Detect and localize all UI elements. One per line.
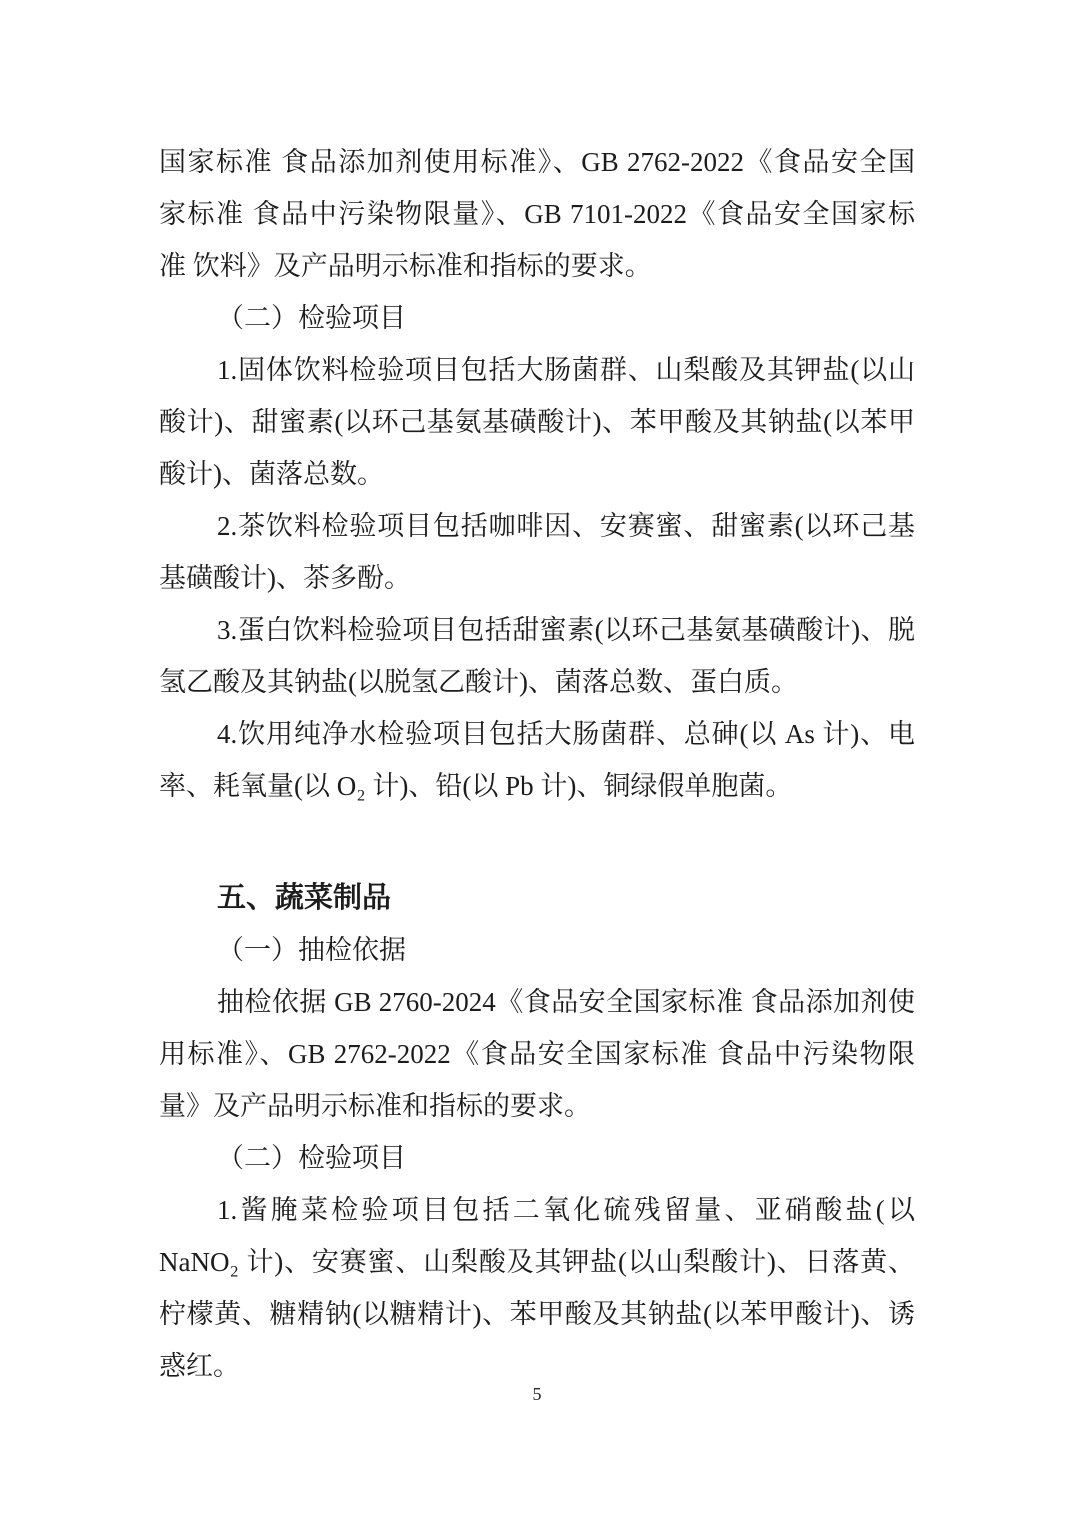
document-page: 国家标准 食品添加剂使用标准》、GB 2762-2022《食品安全国家标准 食品… <box>0 0 1074 1520</box>
subsection-heading: （一）抽检依据 <box>159 924 915 976</box>
body-text-line: 率、耗氧量(以 O₂ 计)、铅(以 Pb 计)、铜绿假单胞菌。 <box>159 760 915 812</box>
body-text-line: 4.饮用纯净水检验项目包括大肠菌群、总砷(以 As 计)、电导 <box>159 708 915 760</box>
body-text-line: 抽检依据 GB 2760-2024《食品安全国家标准 食品添加剂使 <box>159 976 915 1028</box>
body-text-line: 国家标准 食品添加剂使用标准》、GB 2762-2022《食品安全国 <box>159 136 915 188</box>
body-text-line: 家标准 食品中污染物限量》、GB 7101-2022《食品安全国家标 <box>159 188 915 240</box>
page-number: 5 <box>0 1383 1074 1405</box>
body-text-line: NaNO₂ 计)、安赛蜜、山梨酸及其钾盐(以山梨酸计)、日落黄、 <box>159 1236 915 1288</box>
body-text-line: 1.酱腌菜检验项目包括二氧化硫残留量、亚硝酸盐(以 <box>159 1184 915 1236</box>
body-text-line: 酸计)、菌落总数。 <box>159 448 915 500</box>
body-text-line: 准 饮料》及产品明示标准和指标的要求。 <box>159 240 915 292</box>
body-text-line: 3.蛋白饮料检验项目包括甜蜜素(以环己基氨基磺酸计)、脱 <box>159 604 915 656</box>
body-text-line: 2.茶饮料检验项目包括咖啡因、安赛蜜、甜蜜素(以环己基氨 <box>159 500 915 552</box>
body-text-line: 用标准》、GB 2762-2022《食品安全国家标准 食品中污染物限 <box>159 1028 915 1080</box>
body-text-line: 基磺酸计)、茶多酚。 <box>159 552 915 604</box>
body-text-line: 柠檬黄、糖精钠(以糖精计)、苯甲酸及其钠盐(以苯甲酸计)、诱 <box>159 1288 915 1340</box>
subsection-heading: （二）检验项目 <box>159 1132 915 1184</box>
section-heading: 五、蔬菜制品 <box>159 872 915 924</box>
body-text-line: 量》及产品明示标准和指标的要求。 <box>159 1080 915 1132</box>
subsection-heading: （二）检验项目 <box>159 292 915 344</box>
document-body: 国家标准 食品添加剂使用标准》、GB 2762-2022《食品安全国家标准 食品… <box>159 136 915 1392</box>
body-text-line: 酸计)、甜蜜素(以环己基氨基磺酸计)、苯甲酸及其钠盐(以苯甲 <box>159 396 915 448</box>
body-text-line: 1.固体饮料检验项目包括大肠菌群、山梨酸及其钾盐(以山梨 <box>159 344 915 396</box>
body-text-line: 氢乙酸及其钠盐(以脱氢乙酸计)、菌落总数、蛋白质。 <box>159 656 915 708</box>
